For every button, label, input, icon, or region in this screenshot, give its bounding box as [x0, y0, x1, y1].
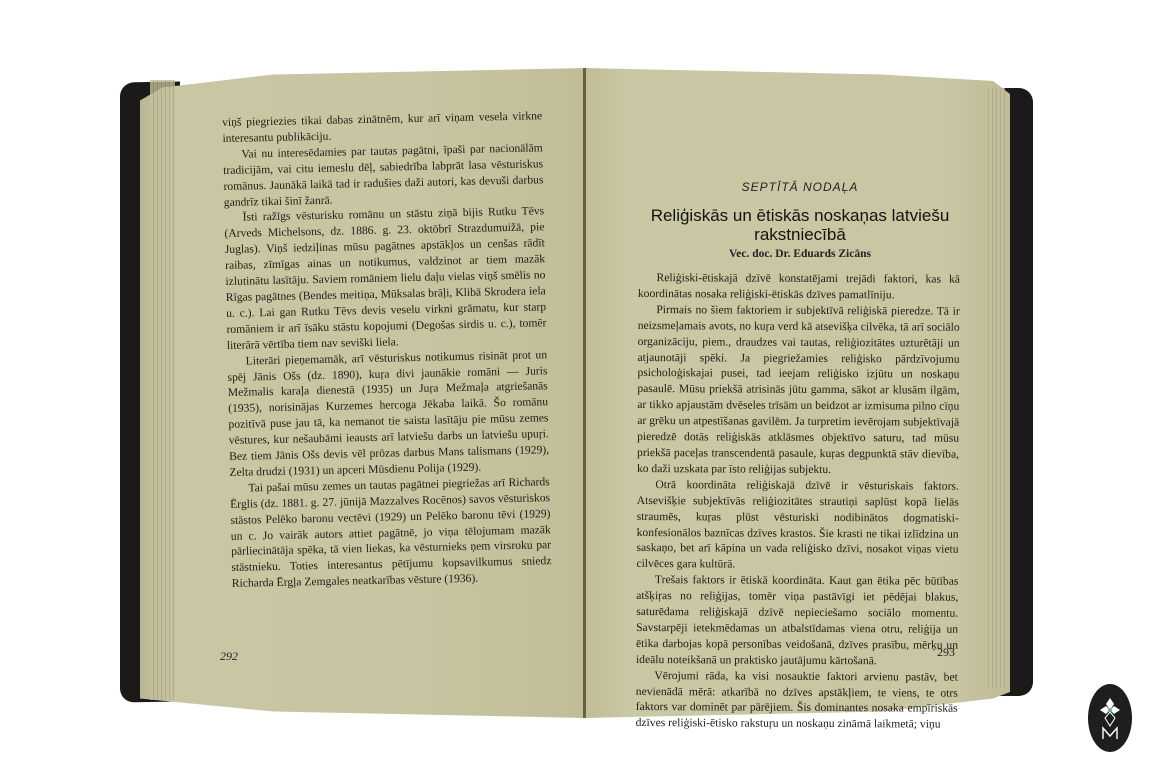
chapter-author: Vec. doc. Dr. Eduards Zicāns — [640, 248, 960, 260]
page-number-left: 292 — [220, 649, 238, 664]
watermark-logo — [1088, 684, 1132, 752]
page-edges-right — [985, 88, 1005, 688]
book-gutter — [583, 68, 586, 718]
paragraph: Otrā koordināta reliģiskajā dzīvē ir vēs… — [636, 477, 958, 574]
paragraph: Vai nu interesēdamies par tautas pagātni… — [223, 140, 544, 210]
page-number-right: 293 — [937, 645, 955, 660]
left-page-text: viņš piegriezies tikai dabas zinātnēm, k… — [222, 108, 552, 592]
right-page-text: Reliģiski-ētiskajā dzīvē konstatējami tr… — [636, 270, 960, 733]
paragraph: Reliģiski-ētiskajā dzīvē konstatējami tr… — [638, 270, 960, 303]
paragraph: Vērojumi rāda, ka visi nosauktie faktori… — [636, 668, 958, 733]
paragraph: Īsti ražīgs vēsturisku romānu un stāstu … — [224, 204, 547, 354]
page-edges-left — [150, 80, 175, 700]
paragraph: Literāri pieņemamāk, arī vēsturiskus not… — [227, 347, 550, 481]
paragraph: Tai pašai mūsu zemes un tautas pagātnei … — [230, 474, 552, 592]
chapter-title: Reliģiskās un ētiskās noskaņas latviešu … — [640, 206, 960, 244]
chapter-label: SEPTĪTĀ NODAĻA — [640, 180, 960, 194]
open-book: viņš piegriezies tikai dabas zinātnēm, k… — [0, 0, 1149, 768]
paragraph: Pirmais no šiem faktoriem ir subjektīvā … — [637, 302, 960, 479]
paragraph: Trešais faktors ir ētiskā koordināta. Ka… — [636, 572, 958, 669]
cross-flower-m-logo-icon — [1088, 684, 1132, 752]
